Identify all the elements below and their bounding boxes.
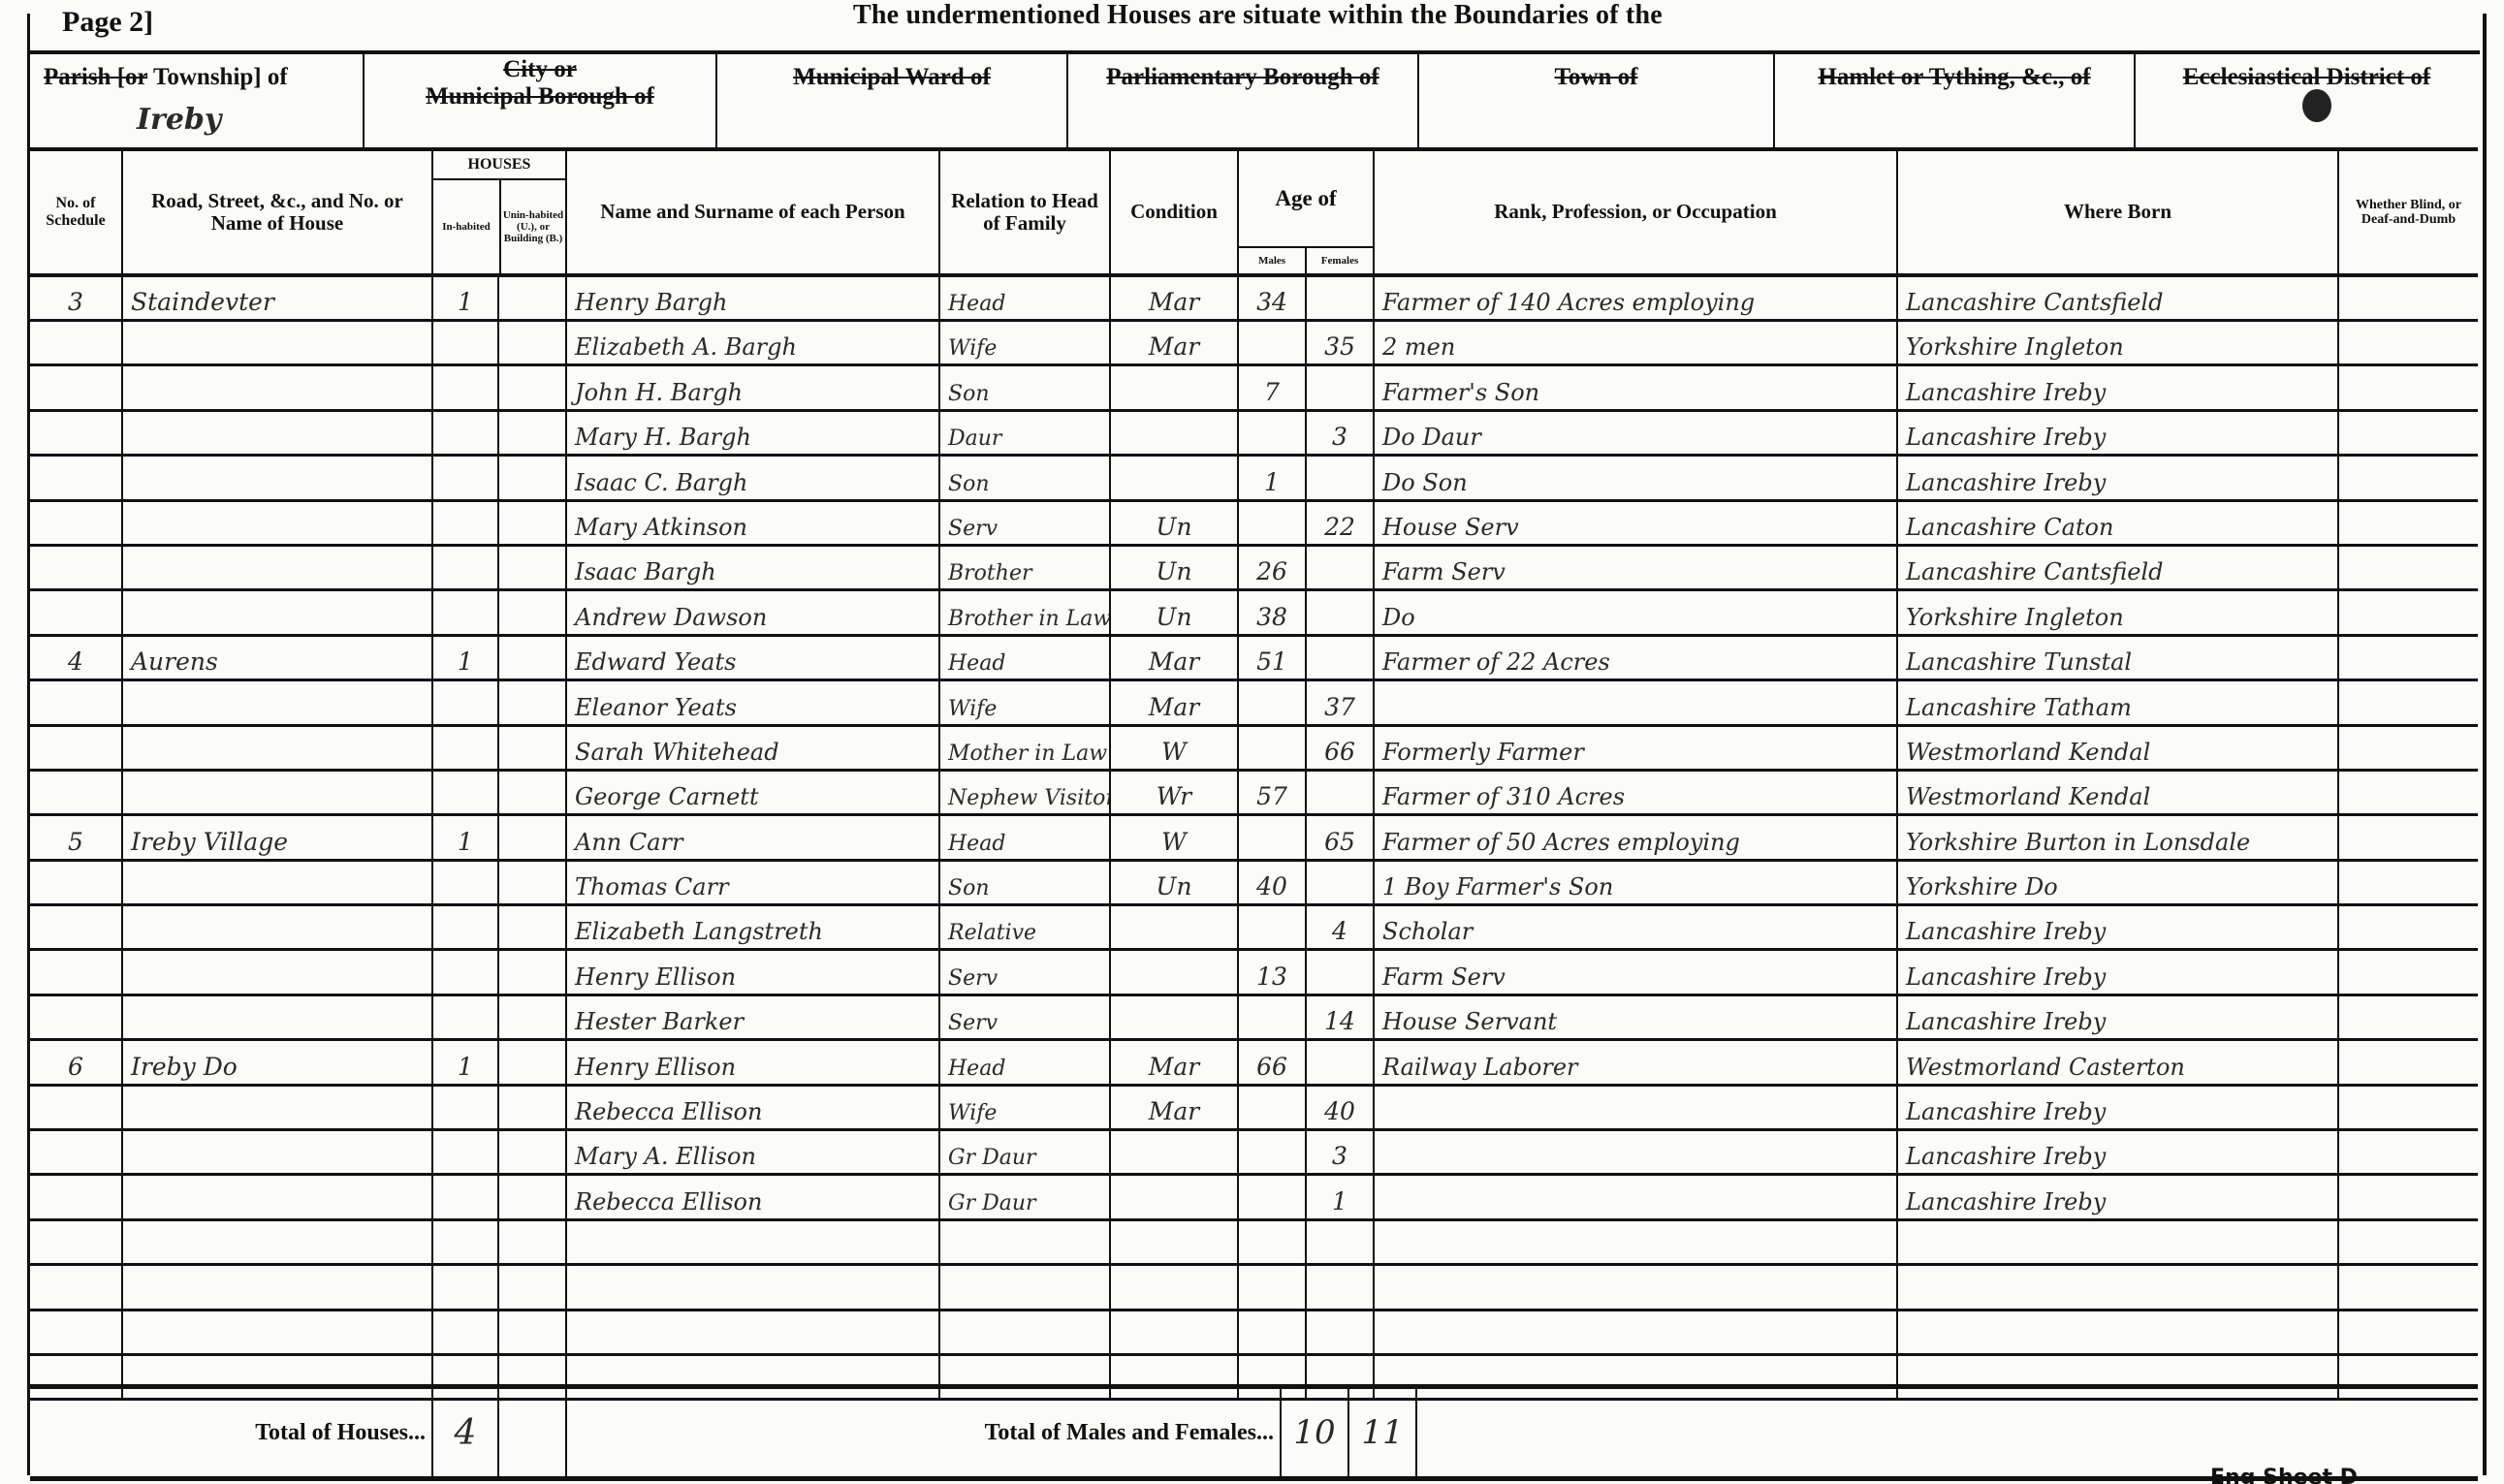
relation-cell: Head (940, 1041, 1111, 1083)
female-age-cell (1307, 277, 1375, 319)
total-females-value: 11 (1349, 1389, 1417, 1476)
table-row: Mary A. EllisonGr Daur3Lancashire Ireby (30, 1131, 2478, 1176)
where-born-cell: Lancashire Ireby (1898, 1131, 2339, 1173)
table-row: Andrew DawsonBrother in LawUn38DoYorkshi… (30, 591, 2478, 636)
name-cell: Isaac Bargh (567, 547, 940, 588)
where-born-cell: Yorkshire Ingleton (1898, 591, 2339, 633)
male-age-cell (1239, 1311, 1307, 1353)
blind-cell (2339, 727, 2478, 769)
condition-cell: Un (1111, 547, 1239, 588)
township-label: Township] of (153, 64, 288, 90)
schedule-cell (30, 366, 123, 408)
occupation-cell (1375, 1131, 1898, 1173)
female-age-cell: 65 (1307, 816, 1375, 858)
occupation-cell: Farm Serv (1375, 951, 1898, 993)
table-row (30, 1266, 2478, 1310)
female-age-cell: 14 (1307, 996, 1375, 1038)
schedule-cell (30, 591, 123, 633)
relation-cell: Brother (940, 547, 1111, 588)
uninhabited-cell (499, 1087, 567, 1128)
header-condition: Condition (1111, 151, 1239, 273)
female-age-cell (1307, 366, 1375, 408)
road-cell (123, 591, 433, 633)
condition-cell: Mar (1111, 322, 1239, 363)
parliamentary-borough-label-struck: Parliamentary Borough of (1068, 64, 1417, 91)
inhabited-cell (433, 996, 499, 1038)
city-label-struck: City or (365, 56, 715, 83)
blind-cell (2339, 681, 2478, 723)
totals-blank (1417, 1389, 2478, 1476)
header-age-sub: Males Females (1239, 246, 1373, 273)
total-houses-value: 4 (433, 1389, 499, 1476)
table-row (30, 1221, 2478, 1266)
header-uninhabited: Unin-habited (U.), or Building (B.) (501, 180, 565, 273)
occupation-cell: Do Daur (1375, 412, 1898, 454)
uninhabited-cell (499, 412, 567, 454)
header-occupation: Rank, Profession, or Occupation (1375, 151, 1898, 273)
table-row: 3Staindevter1Henry BarghHeadMar34Farmer … (30, 277, 2478, 322)
totals-row: Total of Houses... 4 Total of Males and … (30, 1384, 2478, 1481)
blind-cell (2339, 322, 2478, 363)
female-age-cell (1307, 862, 1375, 903)
occupation-cell (1375, 1311, 1898, 1353)
relation-cell: Wife (940, 322, 1111, 363)
header-females: Females (1307, 248, 1373, 273)
total-houses-label: Total of Houses... (30, 1389, 433, 1476)
page-number: Page 2] (62, 6, 153, 39)
boundary-municipal-ward: Municipal Ward of (717, 54, 1068, 147)
relation-cell: Relative (940, 906, 1111, 948)
where-born-cell: Lancashire Ireby (1898, 906, 2339, 948)
inhabited-cell (433, 1131, 499, 1173)
inhabited-cell (433, 1087, 499, 1128)
condition-cell: Mar (1111, 1041, 1239, 1083)
header-schedule: No. of Schedule (30, 151, 123, 273)
name-cell: Andrew Dawson (567, 591, 940, 633)
header-where-born: Where Born (1898, 151, 2339, 273)
occupation-cell (1375, 1087, 1898, 1128)
inhabited-cell (433, 1311, 499, 1353)
hamlet-label-struck: Hamlet or Tything, &c., of (1775, 64, 2134, 91)
female-age-cell (1307, 772, 1375, 813)
condition-cell (1111, 1266, 1239, 1308)
blind-cell (2339, 502, 2478, 544)
where-born-cell: Lancashire Ireby (1898, 412, 2339, 454)
blind-cell (2339, 906, 2478, 948)
where-born-cell: Lancashire Ireby (1898, 457, 2339, 498)
township-value: Ireby (137, 103, 221, 137)
occupation-cell: Farm Serv (1375, 547, 1898, 588)
inhabited-cell: 1 (433, 816, 499, 858)
where-born-cell: Lancashire Cantsfield (1898, 277, 2339, 319)
condition-cell: Wr (1111, 772, 1239, 813)
total-males-value: 10 (1282, 1389, 1349, 1476)
blind-cell (2339, 547, 2478, 588)
schedule-cell: 3 (30, 277, 123, 319)
name-cell (567, 1311, 940, 1353)
table-row: Isaac BarghBrotherUn26Farm ServLancashir… (30, 547, 2478, 591)
uninhabited-cell (499, 996, 567, 1038)
road-cell (123, 322, 433, 363)
female-age-cell: 35 (1307, 322, 1375, 363)
male-age-cell (1239, 727, 1307, 769)
blind-cell (2339, 1131, 2478, 1173)
total-persons-label: Total of Males and Females... (567, 1389, 1282, 1476)
header-age-label: Age of (1239, 151, 1373, 246)
male-age-cell: 38 (1239, 591, 1307, 633)
header-road: Road, Street, &c., and No. or Name of Ho… (123, 151, 433, 273)
inhabited-cell (433, 951, 499, 993)
female-age-cell: 40 (1307, 1087, 1375, 1128)
name-cell: Mary Atkinson (567, 502, 940, 544)
uninhabited-cell (499, 591, 567, 633)
relation-cell: Brother in Law (940, 591, 1111, 633)
road-cell (123, 1221, 433, 1263)
blind-cell (2339, 816, 2478, 858)
condition-cell: Mar (1111, 277, 1239, 319)
name-cell: Elizabeth A. Bargh (567, 322, 940, 363)
inhabited-cell (433, 727, 499, 769)
condition-cell: Mar (1111, 637, 1239, 679)
occupation-cell: 2 men (1375, 322, 1898, 363)
relation-cell: Mother in Law (940, 727, 1111, 769)
table-row: Eleanor YeatsWifeMar37Lancashire Tatham (30, 681, 2478, 726)
ecclesiastical-district-label-struck: Ecclesiastical District of (2136, 64, 2478, 91)
name-cell: Henry Ellison (567, 951, 940, 993)
female-age-cell: 1 (1307, 1176, 1375, 1217)
female-age-cell (1307, 1266, 1375, 1308)
table-row: Hester BarkerServ14House ServantLancashi… (30, 996, 2478, 1041)
relation-cell: Serv (940, 996, 1111, 1038)
schedule-cell: 4 (30, 637, 123, 679)
uninhabited-cell (499, 637, 567, 679)
municipal-ward-label-struck: Municipal Ward of (717, 64, 1066, 91)
relation-cell: Head (940, 277, 1111, 319)
blind-cell (2339, 862, 2478, 903)
male-age-cell (1239, 1221, 1307, 1263)
where-born-cell (1898, 1266, 2339, 1308)
name-cell: Henry Ellison (567, 1041, 940, 1083)
header-males: Males (1239, 248, 1307, 273)
uninhabited-cell (499, 1221, 567, 1263)
table-header: No. of Schedule Road, Street, &c., and N… (30, 147, 2478, 277)
page-heading: The undermentioned Houses are situate wi… (853, 0, 1663, 31)
header-houses-sub: In-habited Unin-habited (U.), or Buildin… (433, 180, 565, 273)
table-row: Elizabeth LangstrethRelative4ScholarLanc… (30, 906, 2478, 951)
uninhabited-cell (499, 681, 567, 723)
where-born-cell: Yorkshire Burton in Lonsdale (1898, 816, 2339, 858)
male-age-cell: 34 (1239, 277, 1307, 319)
boundary-parliamentary-borough: Parliamentary Borough of (1068, 54, 1419, 147)
table-body: 3Staindevter1Henry BarghHeadMar34Farmer … (30, 277, 2478, 1401)
road-cell (123, 727, 433, 769)
condition-cell (1111, 996, 1239, 1038)
relation-cell: Son (940, 862, 1111, 903)
schedule-cell: 5 (30, 816, 123, 858)
schedule-cell (30, 547, 123, 588)
sheet-note: Eng Sheet D (2210, 1466, 2358, 1484)
table-row: Henry EllisonServ13Farm ServLancashire I… (30, 951, 2478, 995)
road-cell (123, 772, 433, 813)
blind-cell (2339, 277, 2478, 319)
blind-cell (2339, 996, 2478, 1038)
condition-cell (1111, 1176, 1239, 1217)
schedule-cell (30, 772, 123, 813)
schedule-cell (30, 1266, 123, 1308)
occupation-cell: Scholar (1375, 906, 1898, 948)
where-born-cell: Lancashire Ireby (1898, 996, 2339, 1038)
road-cell (123, 1087, 433, 1128)
inhabited-cell: 1 (433, 1041, 499, 1083)
relation-cell: Serv (940, 951, 1111, 993)
name-cell: Elizabeth Langstreth (567, 906, 940, 948)
relation-cell: Nephew Visitor (940, 772, 1111, 813)
uninhabited-cell (499, 366, 567, 408)
inhabited-cell (433, 502, 499, 544)
road-cell (123, 996, 433, 1038)
uninhabited-cell (499, 1266, 567, 1308)
uninhabited-cell (499, 502, 567, 544)
schedule-cell (30, 996, 123, 1038)
blind-cell (2339, 412, 2478, 454)
male-age-cell (1239, 322, 1307, 363)
occupation-cell: House Servant (1375, 996, 1898, 1038)
road-cell (123, 547, 433, 588)
boundary-hamlet: Hamlet or Tything, &c., of (1775, 54, 2136, 147)
schedule-cell (30, 906, 123, 948)
relation-cell (940, 1221, 1111, 1263)
relation-cell: Head (940, 637, 1111, 679)
table-row: George CarnettNephew VisitorWr57Farmer o… (30, 772, 2478, 816)
occupation-cell: Farmer of 140 Acres employing (1375, 277, 1898, 319)
where-born-cell: Yorkshire Do (1898, 862, 2339, 903)
road-cell (123, 502, 433, 544)
census-page: Page 2] The undermentioned Houses are si… (0, 0, 2504, 1484)
table-row: John H. BarghSon7Farmer's SonLancashire … (30, 366, 2478, 411)
header-houses: HOUSES In-habited Unin-habited (U.), or … (433, 151, 567, 273)
relation-cell: Serv (940, 502, 1111, 544)
name-cell: Sarah Whitehead (567, 727, 940, 769)
female-age-cell (1307, 1041, 1375, 1083)
uninhabited-cell (499, 816, 567, 858)
relation-cell: Daur (940, 412, 1111, 454)
condition-cell (1111, 366, 1239, 408)
occupation-cell: Farmer of 310 Acres (1375, 772, 1898, 813)
boundary-ecclesiastical-district: Ecclesiastical District of (2136, 54, 2478, 147)
uninhabited-cell (499, 1176, 567, 1217)
name-cell: Henry Bargh (567, 277, 940, 319)
relation-cell: Gr Daur (940, 1131, 1111, 1173)
schedule-cell (30, 1087, 123, 1128)
blind-cell (2339, 1087, 2478, 1128)
blind-cell (2339, 1311, 2478, 1353)
table-row: Mary H. BarghDaur3Do DaurLancashire Ireb… (30, 412, 2478, 457)
uninhabited-cell (499, 772, 567, 813)
uninhabited-cell (499, 457, 567, 498)
inhabited-cell (433, 1176, 499, 1217)
where-born-cell: Westmorland Kendal (1898, 727, 2339, 769)
male-age-cell (1239, 906, 1307, 948)
name-cell: Rebecca Ellison (567, 1176, 940, 1217)
where-born-cell (1898, 1311, 2339, 1353)
name-cell: John H. Bargh (567, 366, 940, 408)
schedule-cell (30, 1221, 123, 1263)
occupation-cell (1375, 681, 1898, 723)
condition-cell (1111, 412, 1239, 454)
road-cell: Staindevter (123, 277, 433, 319)
occupation-cell: 1 Boy Farmer's Son (1375, 862, 1898, 903)
occupation-cell (1375, 1266, 1898, 1308)
female-age-cell (1307, 457, 1375, 498)
male-age-cell (1239, 1087, 1307, 1128)
condition-cell: Mar (1111, 1087, 1239, 1128)
schedule-cell (30, 862, 123, 903)
male-age-cell: 26 (1239, 547, 1307, 588)
schedule-cell (30, 727, 123, 769)
road-cell (123, 1266, 433, 1308)
table-row: Isaac C. BarghSon1Do SonLancashire Ireby (30, 457, 2478, 501)
table-row: 5Ireby Village1Ann CarrHeadW65Farmer of … (30, 816, 2478, 861)
relation-cell (940, 1311, 1111, 1353)
schedule-cell (30, 502, 123, 544)
uninhabited-cell (499, 1041, 567, 1083)
total-uninhabited-value (499, 1389, 567, 1476)
female-age-cell: 37 (1307, 681, 1375, 723)
name-cell: Ann Carr (567, 816, 940, 858)
name-cell (567, 1266, 940, 1308)
uninhabited-cell (499, 862, 567, 903)
road-cell (123, 457, 433, 498)
female-age-cell (1307, 591, 1375, 633)
road-cell: Ireby Village (123, 816, 433, 858)
schedule-cell (30, 457, 123, 498)
female-age-cell (1307, 547, 1375, 588)
name-cell: Isaac C. Bargh (567, 457, 940, 498)
uninhabited-cell (499, 1311, 567, 1353)
road-cell (123, 1311, 433, 1353)
table-row: Mary AtkinsonServUn22House ServLancashir… (30, 502, 2478, 547)
inhabited-cell (433, 681, 499, 723)
table-row: Elizabeth A. BarghWifeMar352 menYorkshir… (30, 322, 2478, 366)
uninhabited-cell (499, 906, 567, 948)
male-age-cell (1239, 1131, 1307, 1173)
where-born-cell: Lancashire Ireby (1898, 1087, 2339, 1128)
condition-cell (1111, 951, 1239, 993)
male-age-cell: 51 (1239, 637, 1307, 679)
schedule-cell (30, 681, 123, 723)
inhabited-cell (433, 547, 499, 588)
relation-cell: Gr Daur (940, 1176, 1111, 1217)
page-label-text: Page 2] (62, 6, 153, 38)
blind-cell (2339, 591, 2478, 633)
name-cell: Thomas Carr (567, 862, 940, 903)
inhabited-cell: 1 (433, 637, 499, 679)
male-age-cell (1239, 681, 1307, 723)
uninhabited-cell (499, 727, 567, 769)
road-cell (123, 412, 433, 454)
name-cell (567, 1221, 940, 1263)
male-age-cell (1239, 996, 1307, 1038)
male-age-cell: 66 (1239, 1041, 1307, 1083)
road-cell (123, 906, 433, 948)
name-cell: Edward Yeats (567, 637, 940, 679)
where-born-cell (1898, 1221, 2339, 1263)
occupation-cell: Do Son (1375, 457, 1898, 498)
relation-cell: Wife (940, 1087, 1111, 1128)
where-born-cell: Lancashire Ireby (1898, 951, 2339, 993)
uninhabited-cell (499, 322, 567, 363)
road-cell (123, 366, 433, 408)
inhabited-cell (433, 1266, 499, 1308)
occupation-cell (1375, 1221, 1898, 1263)
road-cell (123, 1131, 433, 1173)
relation-cell (940, 1266, 1111, 1308)
uninhabited-cell (499, 277, 567, 319)
boundary-municipal-borough: City or Municipal Borough of (365, 54, 717, 147)
male-age-cell (1239, 412, 1307, 454)
where-born-cell: Lancashire Tunstal (1898, 637, 2339, 679)
condition-cell: Un (1111, 502, 1239, 544)
female-age-cell (1307, 1221, 1375, 1263)
where-born-cell: Lancashire Tatham (1898, 681, 2339, 723)
census-table: No. of Schedule Road, Street, &c., and N… (30, 147, 2478, 1401)
where-born-cell: Lancashire Ireby (1898, 366, 2339, 408)
boundary-town: Town of (1419, 54, 1775, 147)
blind-cell (2339, 772, 2478, 813)
uninhabited-cell (499, 547, 567, 588)
male-age-cell: 7 (1239, 366, 1307, 408)
female-age-cell: 3 (1307, 412, 1375, 454)
where-born-cell: Yorkshire Ingleton (1898, 322, 2339, 363)
road-cell (123, 1176, 433, 1217)
male-age-cell: 40 (1239, 862, 1307, 903)
table-row: 4Aurens1Edward YeatsHeadMar51Farmer of 2… (30, 637, 2478, 681)
relation-cell: Head (940, 816, 1111, 858)
occupation-cell: House Serv (1375, 502, 1898, 544)
municipal-borough-label-struck: Municipal Borough of (365, 83, 715, 111)
table-row: Sarah WhiteheadMother in LawW66Formerly … (30, 727, 2478, 772)
header-name: Name and Surname of each Person (567, 151, 940, 273)
table-row: Rebecca EllisonGr Daur1Lancashire Ireby (30, 1176, 2478, 1220)
header-houses-label: HOUSES (433, 151, 565, 180)
male-age-cell: 57 (1239, 772, 1307, 813)
condition-cell: Mar (1111, 681, 1239, 723)
header-blind-deaf-dumb: Whether Blind, or Deaf-and-Dumb (2339, 151, 2478, 273)
road-cell: Ireby Do (123, 1041, 433, 1083)
blind-cell (2339, 1221, 2478, 1263)
inhabited-cell (433, 322, 499, 363)
road-cell: Aurens (123, 637, 433, 679)
occupation-cell: Farmer of 22 Acres (1375, 637, 1898, 679)
ink-blot-icon (2302, 89, 2331, 122)
relation-cell: Son (940, 366, 1111, 408)
condition-cell: Un (1111, 862, 1239, 903)
condition-cell (1111, 1311, 1239, 1353)
inhabited-cell (433, 591, 499, 633)
condition-cell (1111, 457, 1239, 498)
female-age-cell (1307, 1311, 1375, 1353)
inhabited-cell: 1 (433, 277, 499, 319)
header-age: Age of Males Females (1239, 151, 1375, 273)
male-age-cell (1239, 502, 1307, 544)
male-age-cell (1239, 1266, 1307, 1308)
name-cell: Rebecca Ellison (567, 1087, 940, 1128)
schedule-cell (30, 1131, 123, 1173)
inhabited-cell (433, 457, 499, 498)
blind-cell (2339, 1041, 2478, 1083)
relation-cell: Wife (940, 681, 1111, 723)
occupation-cell: Farmer of 50 Acres employing (1375, 816, 1898, 858)
